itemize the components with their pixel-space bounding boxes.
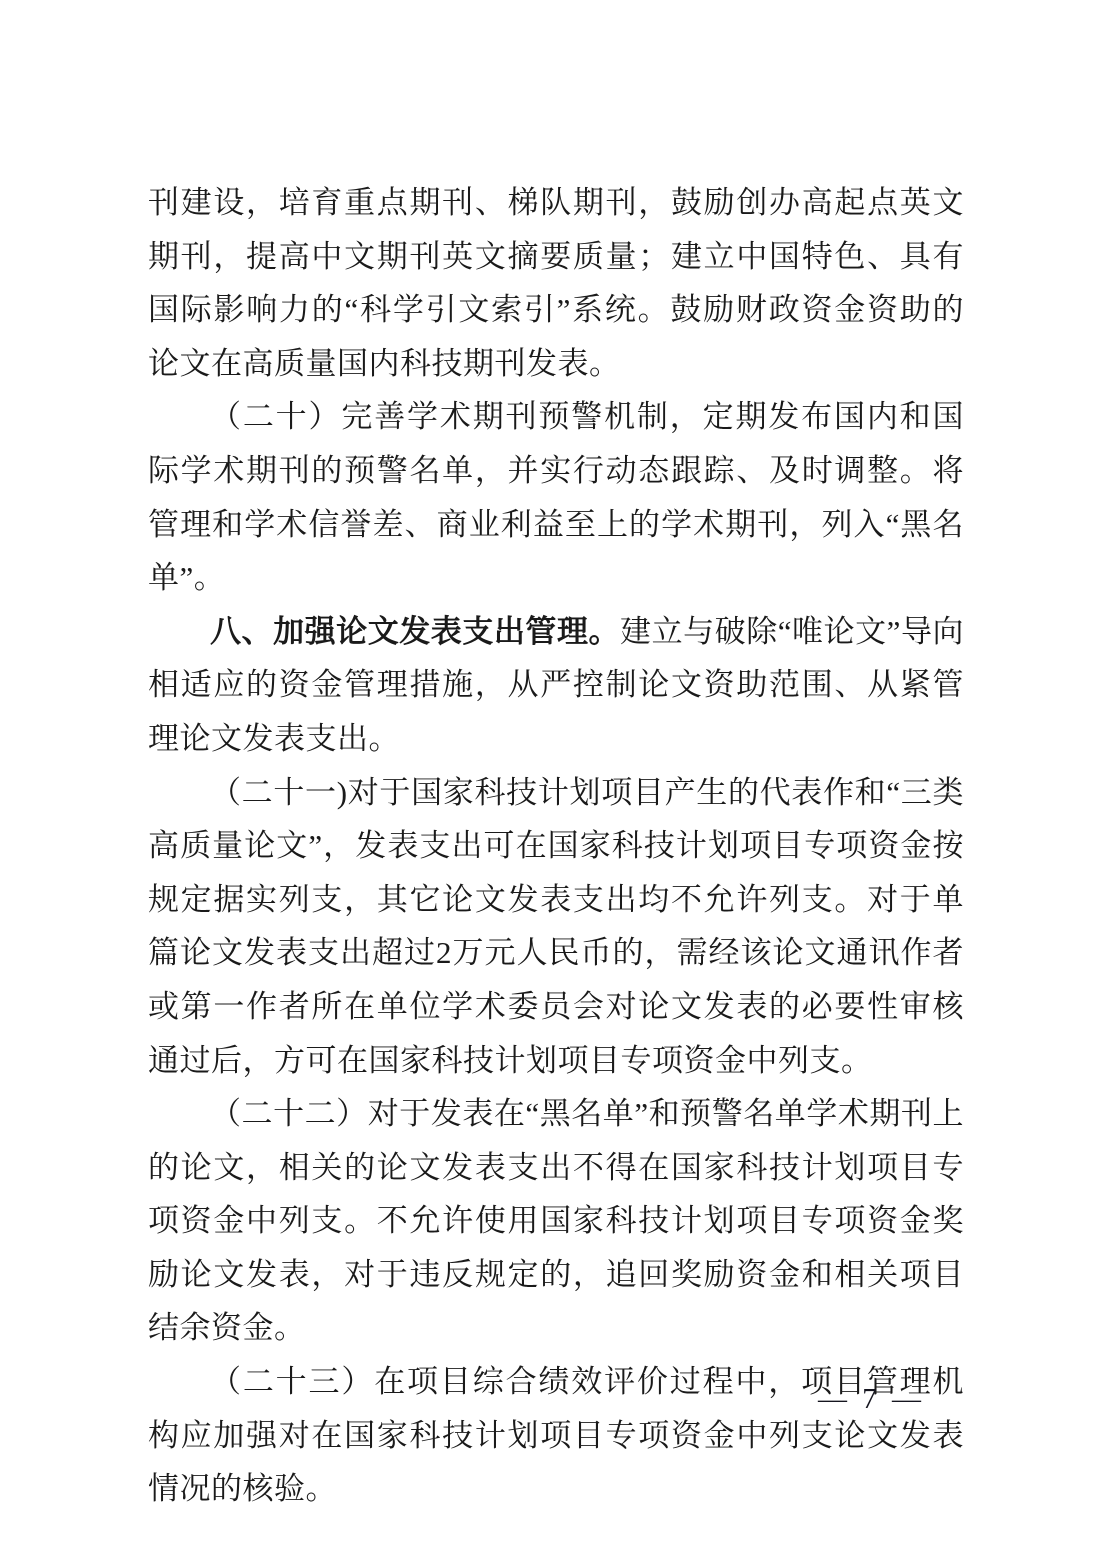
paragraph: （二十一)对于国家科技计划项目产生的代表作和“三类高质量论文”，发表支出可在国家… [148,766,964,1088]
section-heading: 八、加强论文发表支出管理。 [210,614,620,649]
section-heading-paragraph: 八、加强论文发表支出管理。建立与破除“唯论文”导向相适应的资金管理措施，从严控制… [148,605,964,766]
document-page: 刊建设，培育重点期刊、梯队期刊，鼓励创办高起点英文期刊，提高中文期刊英文摘要质量… [0,0,1102,1559]
paragraph: 刊建设，培育重点期刊、梯队期刊，鼓励创办高起点英文期刊，提高中文期刊英文摘要质量… [148,176,964,390]
page-number: — 7 — [818,1383,925,1416]
paragraph: （二十）完善学术期刊预警机制，定期发布国内和国际学术期刊的预警名单，并实行动态跟… [148,390,964,604]
document-body: 刊建设，培育重点期刊、梯队期刊，鼓励创办高起点英文期刊，提高中文期刊英文摘要质量… [148,176,964,1516]
paragraph: （二十三）在项目综合绩效评价过程中，项目管理机构应加强对在国家科技计划项目专项资… [148,1355,964,1516]
paragraph: （二十二）对于发表在“黑名单”和预警名单学术期刊上的论文，相关的论文发表支出不得… [148,1087,964,1355]
